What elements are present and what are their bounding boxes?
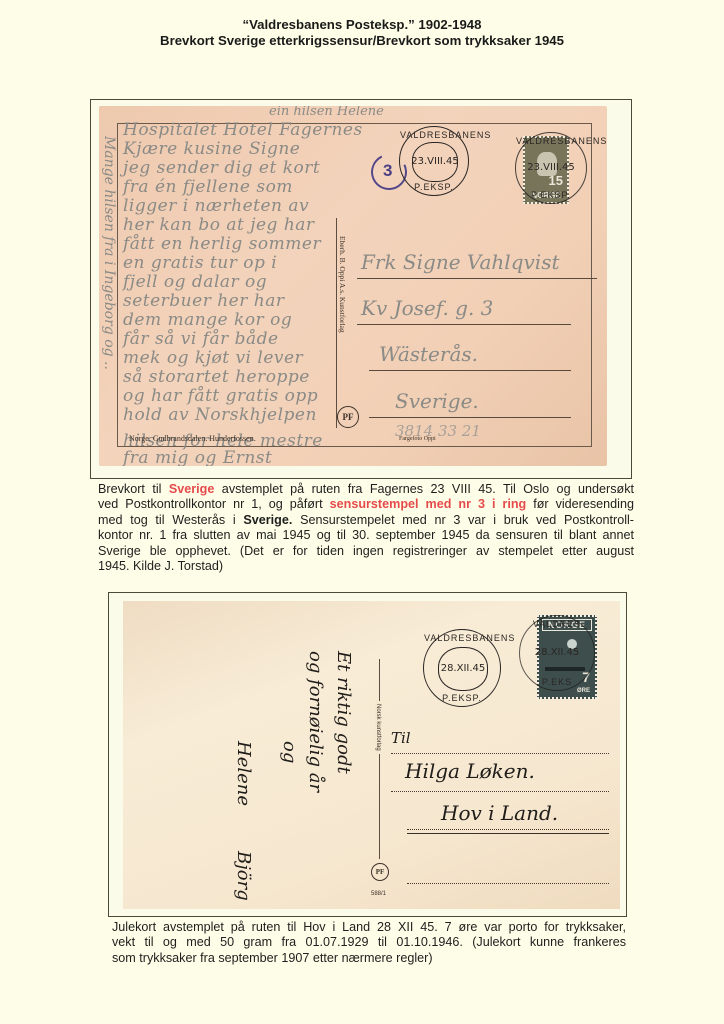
message-line: Et riktig godt — [333, 651, 354, 774]
censor-number: 3 — [383, 161, 392, 181]
card-number: 588/1 — [371, 891, 386, 897]
postcard-1-divider — [336, 218, 337, 428]
highlight-sverige: Sverige — [169, 482, 215, 496]
caption-line: ved Postkontrollkontor nr 1, og påført s… — [98, 497, 634, 512]
caption-line: med tog til Westerås i Sverige. Sensurst… — [98, 513, 634, 528]
message-line: så storartet heroppe — [123, 367, 310, 387]
caption-line: vekt til og med 50 gram fra 01.07.1929 t… — [112, 935, 626, 950]
message-line: mek og kjøt vi lever — [123, 348, 303, 368]
message-line: og fornøielig år — [305, 651, 326, 792]
postmark-date: 23.VIII.45 — [529, 148, 574, 187]
address-prefix: Til — [391, 729, 411, 747]
caption-text: før videresending — [526, 497, 634, 511]
postcard-1-margin-text: Mange hilsen fra i Ingeborg og .. — [101, 136, 117, 370]
publisher-logo: PF — [337, 406, 359, 428]
postmark-bottom-text: P.EKSP. — [516, 190, 586, 200]
stamp-unit: ØRE — [577, 688, 590, 694]
address-street: Kv Josef. g. 3 — [361, 296, 493, 320]
postcard-1: ein hilsen Helene Hospitalet Hotel Fager… — [99, 106, 607, 466]
address-line — [369, 370, 571, 371]
address-line — [357, 324, 571, 325]
address-line — [407, 829, 609, 834]
message-line: her kan bo at jeg har — [123, 215, 315, 235]
postcard-2-description: Julekort avstemplet på ruten til Hov i L… — [112, 920, 626, 966]
postcard-1-publisher: Eberh. B. Oppi A.s. Kunstforlag — [338, 236, 347, 333]
postcard-1-mount: ein hilsen Helene Hospitalet Hotel Fager… — [90, 99, 632, 479]
caption-line: Sverige ble opphevet. (Det er for tiden … — [98, 544, 634, 559]
highlight-censor-stamp: sensurstempel med nr 3 i ring — [330, 497, 527, 511]
address-place: Hov i Land. — [441, 801, 558, 825]
address-name: Hilga Løken. — [405, 759, 535, 783]
caption-text: ved Postkontrollkontor nr 1, og påført — [98, 497, 330, 511]
message-line: dem mange kor og — [123, 310, 292, 330]
message-line: får så vi får både — [123, 329, 279, 349]
message-line: fra én fjellene som — [123, 177, 293, 197]
caption-text: avstemplet på ruten fra Fagernes 23 VIII… — [214, 482, 634, 496]
page-subtitle: Brevkort Sverige etterkrigssensur/Brevko… — [0, 33, 724, 49]
address-country: Sverige. — [395, 389, 479, 413]
address-line — [407, 883, 609, 884]
postcard-2-mount: Norsk kunstforlag PF 588/1 Et riktig god… — [108, 592, 627, 917]
message-line: Helene — [233, 741, 254, 806]
postmark-bottom-text: P.EKSP. — [400, 182, 468, 192]
postmark-top-text: VALDRESBANENS — [400, 130, 468, 140]
caption-text: med tog til Westerås i — [98, 513, 243, 527]
postmark-date: 23.VIII.45 — [412, 142, 458, 182]
address-line — [391, 791, 609, 792]
postmark-on-stamp: VALDRES 28.XII.45 P.EKS — [519, 615, 595, 691]
bold-sverige: Sverige. — [243, 513, 292, 527]
postmark-date: 28.XII.45 — [438, 647, 489, 692]
caption-line: 1945. Kilde J. Torstad) — [98, 559, 634, 574]
message-line: seterbuer her har — [123, 291, 284, 311]
message-line: og har fått gratis opp — [123, 386, 318, 406]
message-line: Kjære kusine Signe — [123, 139, 300, 159]
address-city: Wästerås. — [379, 342, 478, 366]
caption-text: Sensurstempelet med nr 3 var i bruk ved … — [292, 513, 634, 527]
publisher-logo: PF — [371, 863, 389, 881]
message-line: Björg — [233, 851, 254, 901]
postmark-date: 28.XII.45 — [533, 632, 580, 673]
caption-line: kontor nr. 1 fra slutten av mai 1945 og … — [98, 528, 634, 543]
message-line: jeg sender dig et kort — [123, 158, 320, 178]
postmark-on-stamp: VALDRESBANENS 23.VIII.45 P.EKSP. — [515, 132, 587, 204]
postcard-2: Norsk kunstforlag PF 588/1 Et riktig god… — [123, 601, 620, 909]
message-line: fått en herlig sommer — [123, 234, 321, 254]
message-line: fjell og dalar og — [123, 272, 267, 292]
address-name: Frk Signe Vahlqvist — [361, 250, 560, 274]
caption-line: Julekort avstemplet på ruten til Hov i L… — [112, 920, 626, 935]
postcard-2-publisher: Norsk kunstforlag — [375, 701, 381, 754]
postmark-top-text: VALDRESBANENS — [516, 136, 586, 146]
address-line — [391, 753, 609, 754]
address-note-number: 3814 33 21 — [395, 422, 481, 440]
message-line: ligger i nærheten av — [123, 196, 309, 216]
postmark-top-text: VALDRESBANENS — [424, 633, 500, 643]
postmark-bottom-text: P.EKSP. — [424, 693, 500, 703]
postmark-valdresbanens: VALDRESBANENS 23.VIII.45 P.EKSP. — [399, 126, 469, 196]
address-line — [369, 417, 571, 418]
page-header: “Valdresbanens Posteksp.” 1902-1948 Brev… — [0, 17, 724, 49]
postcard-1-top-line: ein hilsen Helene — [269, 106, 384, 119]
page-title: “Valdresbanens Posteksp.” 1902-1948 — [0, 17, 724, 33]
message-line: og — [279, 741, 300, 763]
message-line: hold av Norskhjelpen — [123, 405, 317, 425]
postcard-2-divider — [379, 659, 380, 859]
postcard-1-print-caption: Norge. Gudbrandsdalen. Hunderfossen. — [129, 434, 256, 443]
caption-line: som trykksaker fra september 1907 etter … — [112, 951, 626, 966]
caption-line: Brevkort til Sverige avstemplet på ruten… — [98, 482, 634, 497]
postmark-bottom-text: P.EKS — [520, 677, 594, 687]
postmark-top-text: VALDRES — [520, 619, 594, 629]
message-line: Hospitalet Hotel Fagernes — [123, 120, 363, 140]
caption-text: Brevkort til — [98, 482, 169, 496]
address-line — [357, 278, 597, 279]
message-line: fra mig og Ernst — [123, 448, 272, 466]
postcard-1-description: Brevkort til Sverige avstemplet på ruten… — [98, 482, 634, 574]
postmark-valdresbanens: VALDRESBANENS 28.XII.45 P.EKSP. — [423, 629, 501, 707]
message-line: en gratis tur op i — [123, 253, 277, 273]
